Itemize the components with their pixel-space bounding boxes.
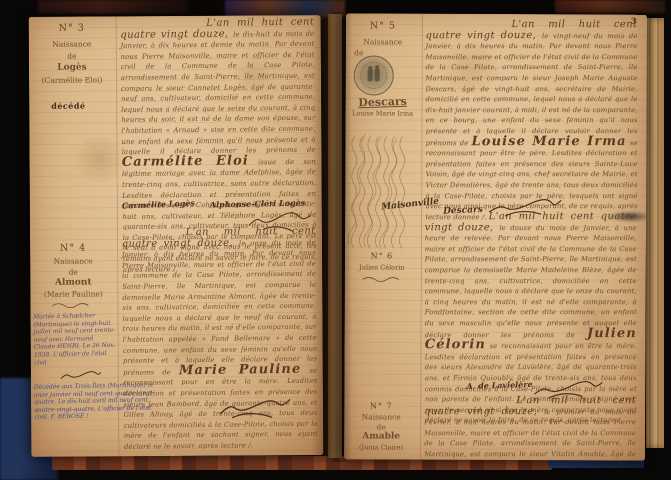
entry4-margin-firstnames: (Marie Pauline) (30, 289, 116, 299)
entry4-marriage-note: Mariée à Schœlcher (Martinique) le vingt… (33, 312, 116, 367)
entry6-margin-name: Julien Célorin (345, 263, 419, 271)
entry7-margin-firstnames: (Junia Claire) (344, 443, 418, 451)
entry4-child-name: Marie Pauline (179, 362, 301, 378)
entry3-margin-firstnames-label: (Carmélite Eloi) (42, 75, 103, 84)
entry7-margin-de-label: de (377, 422, 386, 431)
entry5-text-1: le vingt-neuf du mois de Janvier, à dix … (425, 32, 637, 147)
entry6-signature-1-label: A. de Lavielère (466, 379, 533, 391)
entry3-margin-de: de (29, 51, 115, 61)
entry4-signature-flourish-icon (216, 393, 294, 421)
entry7-margin-naissance: Naissance (362, 412, 401, 421)
entry4-margin-firstnames-label: (Marie Pauline) (44, 289, 103, 298)
entry7-margin-title: Naissance (344, 412, 418, 421)
entry3-deceased-label: décédé (51, 101, 85, 111)
entry7-number-label: N° 7 (370, 401, 393, 410)
entry6-signature-1: A. de Lavielère (466, 379, 533, 391)
entry4-margin-title: Naissance (30, 256, 116, 266)
entry4-margin-surname-label: Almont (55, 278, 92, 288)
entry3-text-1: le dix-huit du mois de Janvier, à dix he… (120, 29, 315, 156)
entry5-margin-firstnames: Louise Marie Irma (346, 109, 420, 117)
right-page: 3 N° 5 Naissance de Descars Louis (344, 13, 647, 460)
entry5-number: N° 5 (346, 20, 420, 31)
entry5-margin-de-label: de (354, 48, 363, 57)
entry3-margin-surname-label: Logès (57, 63, 86, 73)
entry4-body: L'an mil huit cent quatre vingt douze, l… (122, 227, 318, 397)
entry7-body: L'an mil huit cent quatre vingt douze, l… (424, 396, 636, 456)
entry4-margin-naissance: Naissance (54, 257, 93, 266)
margin-divider-squiggle-icon (50, 301, 96, 309)
entry5-margin-naissance: Naissance (363, 37, 402, 46)
entry4-number-label: N° 4 (60, 243, 86, 254)
entry6-text-1: le douze du mois de Janvier, à une heure… (425, 224, 637, 339)
entry6-margin-name-label: Julien Célorin (359, 263, 404, 271)
entry3-body: L'an mil huit cent quatre vingt douze, l… (120, 18, 316, 202)
entry4-margin-de: de (30, 267, 116, 277)
entry5-child-name: Louise Marie Irma (472, 134, 627, 149)
entry3-deceased-note: décédé (51, 100, 115, 110)
entry3-number-label: N° 3 (59, 23, 85, 34)
entry6-body: L'an mil huit cent quatre vingt douze, l… (425, 212, 637, 380)
entry5-margin-title: Naissance (346, 37, 420, 46)
cover-marbling-top-right (555, 0, 665, 13)
entry7-margin-de: de (344, 422, 418, 431)
entry5-margin-surname-label: Descars (358, 95, 407, 109)
cover-marbling-top-left (38, 0, 188, 14)
entry3-number: N° 3 (29, 22, 115, 34)
entry7-margin-surname-label: Amable (362, 431, 400, 441)
register-photo: N° 3 Naissance de Logès (Carmélite Eloi)… (0, 0, 671, 480)
margin-divider-squiggle-icon (361, 275, 407, 283)
entry4-margin-de-label: de (69, 268, 78, 277)
entry7-margin-surname: Amable (344, 431, 418, 441)
margin-rule (420, 14, 423, 460)
entry4-margin-surname: Almont (30, 277, 116, 288)
entry3-child-name: Carmélite Eloi (122, 153, 249, 169)
fore-edge-pages (646, 18, 664, 448)
entry7-number: N° 7 (344, 401, 418, 410)
marriage-note-signature-flourish-icon (59, 368, 103, 382)
revenue-stamp-icon (354, 55, 394, 95)
entry3-margin-firstnames: (Carmélite Eloi) (29, 75, 115, 85)
entry3-margin-title: Naissance (29, 39, 115, 49)
entry5-margin-surname: Descars (345, 94, 419, 109)
entry3-margin-surname: Logès (29, 62, 115, 73)
entry4-text-1: le onze du mois de Janvier, à dix heures… (122, 238, 317, 376)
left-page: N° 3 Naissance de Logès (Carmélite Eloi)… (29, 15, 324, 457)
entry3-margin-de-label: de (67, 52, 76, 61)
entry7-margin-firstnames-label: (Junia Claire) (359, 443, 403, 451)
entry3-margin-naissance: Naissance (52, 40, 91, 49)
entry5-margin-firstnames-label: Louise Marie Irma (352, 109, 413, 117)
entry4-marriage-note-text: Mariée à Schœlcher (Martinique) le vingt… (33, 312, 115, 366)
entry5-body: L'an mil huit cent quatre vingt douze, l… (425, 20, 637, 200)
entry5-number-label: N° 5 (370, 20, 396, 31)
entry6-number-label: N° 6 (371, 251, 394, 260)
entry4-number: N° 4 (30, 242, 116, 254)
gutter-page-sliver (328, 14, 342, 458)
cross-written-annotation (348, 122, 415, 250)
entry6-number: N° 6 (345, 251, 419, 260)
